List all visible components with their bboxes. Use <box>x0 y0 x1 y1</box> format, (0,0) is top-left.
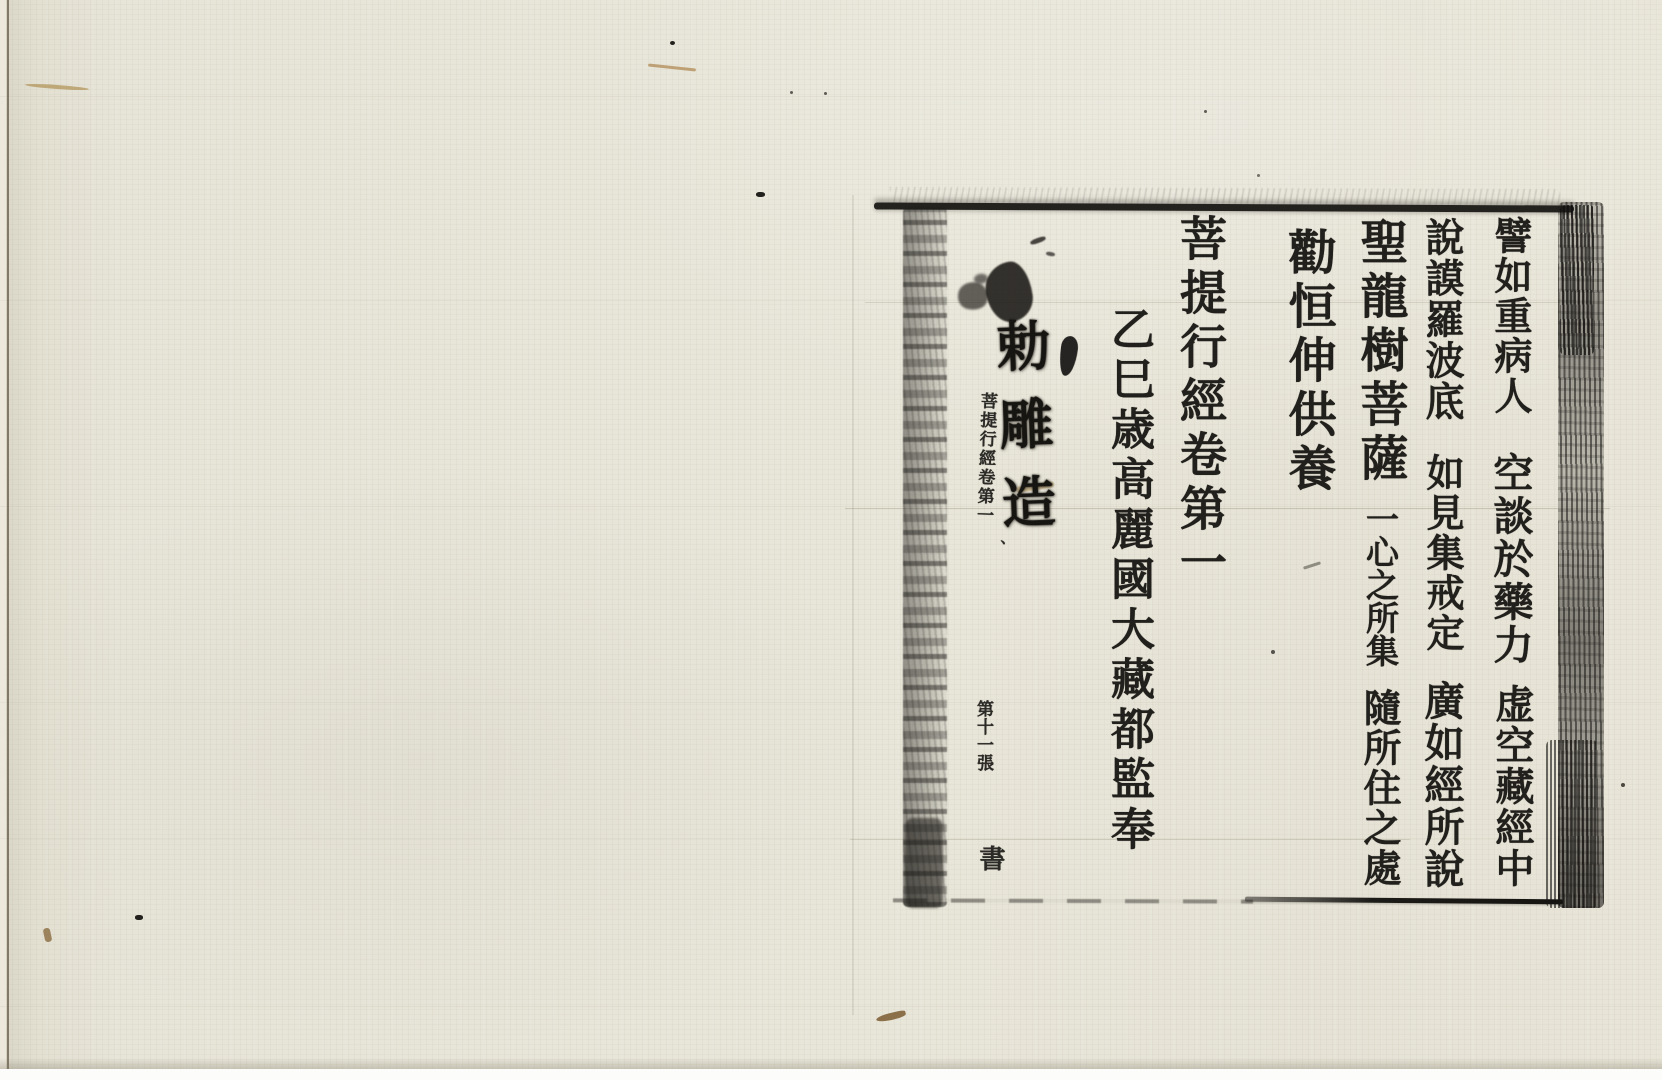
paper-speck <box>1621 783 1625 787</box>
verse-col1-phrase1: 譬如重病人 <box>1491 216 1529 416</box>
margin-sheet-number: 第十一張 <box>974 700 991 772</box>
paper-chain-line <box>0 506 1662 507</box>
verse-col1-phrase3: 虚空藏經中 <box>1492 684 1531 889</box>
verse-col2-phrase3: 廣如經所說 <box>1421 680 1461 890</box>
margin-separator-mark: 、 <box>990 540 1005 555</box>
verse-col1-phrase2: 空談於藥力 <box>1490 452 1530 667</box>
verse-col2-phrase2: 如見集戒定 <box>1423 453 1461 653</box>
paper-speck <box>790 91 793 94</box>
page-left-edge <box>0 0 6 1070</box>
paper-chain-line <box>0 96 1662 97</box>
scan-background-strip <box>0 1069 1662 1080</box>
margin-small-title: 菩提行經卷第一 <box>974 392 996 526</box>
margin-scribe-char: 書 <box>977 845 1003 871</box>
verse-col2-phrase1: 說謨羅波底 <box>1422 217 1461 422</box>
paper-speck <box>1204 110 1207 113</box>
verse-col4-phrase1: 勸恒伸供養 <box>1284 227 1332 497</box>
paper-speck <box>824 92 827 95</box>
paper-speck <box>756 192 765 197</box>
paper-chain-line <box>0 1006 1662 1007</box>
paper-speck <box>135 915 143 920</box>
paper-speck <box>670 41 675 45</box>
verse-col3-phrase2: 一心之所集 <box>1364 502 1397 667</box>
paper-speck <box>1257 174 1260 177</box>
paper-sheet <box>0 0 1662 1070</box>
colophon: 乙巳歳高麗國大藏都監奉 <box>1106 306 1150 856</box>
frame-right-border-dark <box>1560 205 1594 355</box>
scanned-page: 譬如重病人 空談於藥力 虚空藏經中 說謨羅波底 如見集戒定 廣如經所說 聖龍樹菩… <box>0 0 1662 1080</box>
frame-left-border <box>903 207 947 907</box>
binding-edge-line <box>7 0 9 1070</box>
paper-chain-line <box>0 300 1662 301</box>
imprimatur-stamp: 勅雕造 <box>992 317 1054 553</box>
verse-col3-phrase3: 隨所住之處 <box>1360 688 1398 888</box>
frame-right-border-dark <box>1546 740 1598 908</box>
paper-speck <box>1271 650 1275 654</box>
end-title: 菩提行經卷第一 <box>1176 214 1223 592</box>
paper-chain-line <box>0 702 1662 703</box>
paper-fold-line <box>852 195 854 1015</box>
verse-col3-phrase1: 聖龍樹菩薩 <box>1356 217 1404 487</box>
paper-chain-line <box>0 838 1662 839</box>
frame-left-border-dark <box>905 818 943 908</box>
